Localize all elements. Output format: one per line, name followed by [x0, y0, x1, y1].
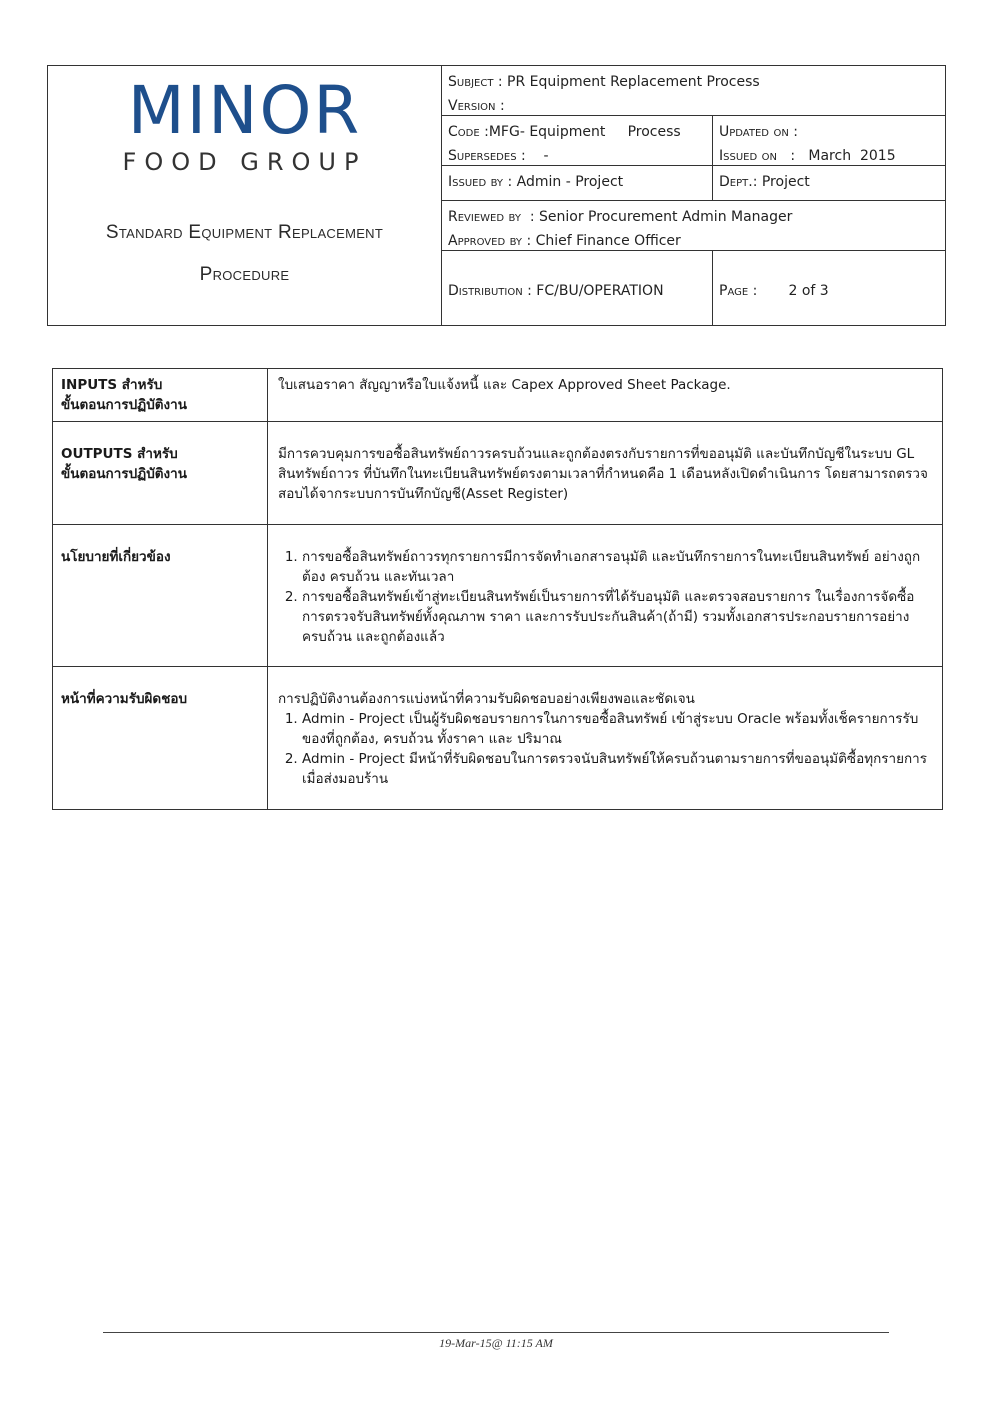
dept-value: Project — [762, 174, 810, 190]
subject-row: Subject : PR Equipment Replacement Proce… — [442, 66, 945, 116]
company-logo-sub: FOOD GROUP — [48, 148, 441, 176]
responsibility-item: Admin - Project เป็นผู้รับผิดชอบรายการใน… — [302, 709, 932, 749]
review-row: Reviewed by : Senior Procurement Admin M… — [442, 201, 945, 251]
document-header: MINOR FOOD GROUP Standard Equipment Repl… — [47, 65, 946, 326]
page-label: Page : — [719, 283, 757, 299]
policy-item: การขอซื้อสินทรัพย์เข้าสู่ทะเบียนสินทรัพย… — [302, 587, 932, 647]
responsibility-label: หน้าที่ความรับผิดชอบ — [53, 667, 268, 810]
procedure-table: INPUTS สำหรับ ขั้นตอนการปฏิบัติงาน ใบเสน… — [52, 368, 943, 810]
table-row-inputs: INPUTS สำหรับ ขั้นตอนการปฏิบัติงาน ใบเสน… — [53, 369, 943, 422]
inputs-content: ใบเสนอราคา สัญญาหรือใบแจ้งหนี้ และ Capex… — [268, 369, 943, 422]
code-label: Code : — [448, 124, 489, 140]
reviewed-by-value: : Senior Procurement Admin Manager — [530, 209, 793, 225]
distribution-label: Distribution : — [448, 283, 532, 299]
issued-by-label: Issued by : — [448, 174, 512, 190]
distribution-value: FC/BU/OPERATION — [536, 283, 663, 299]
policy-label: นโยบายที่เกี่ยวข้อง — [53, 525, 268, 667]
outputs-label: OUTPUTS สำหรับ ขั้นตอนการปฏิบัติงาน — [53, 422, 268, 525]
subject-value: PR Equipment Replacement Process — [507, 74, 760, 90]
responsibility-item: Admin - Project มีหน้าที่รับผิดชอบในการต… — [302, 749, 932, 789]
company-logo-main: MINOR — [48, 78, 441, 144]
supersedes-label: Supersedes : — [448, 148, 526, 164]
header-meta-panel: Subject : PR Equipment Replacement Proce… — [441, 66, 945, 325]
table-row-policy: นโยบายที่เกี่ยวข้อง การขอซื้อสินทรัพย์ถา… — [53, 525, 943, 667]
policy-item: การขอซื้อสินทรัพย์ถาวรทุกรายการมีการจัดท… — [302, 547, 932, 587]
approved-by-label: Approved by : — [448, 233, 531, 249]
distribution-row: Distribution : FC/BU/OPERATION Page : 2 … — [442, 251, 945, 325]
reviewed-by-label: Reviewed by — [448, 209, 521, 225]
document-title-line2: Procedure — [48, 254, 441, 296]
issued-on-value: : March 2015 — [790, 148, 895, 164]
dept-label: Dept.: — [719, 174, 757, 190]
code-value: MFG- Equipment Process — [489, 124, 681, 140]
page-number: 2 of 3 — [789, 283, 829, 299]
table-row-outputs: OUTPUTS สำหรับ ขั้นตอนการปฏิบัติงาน มีกา… — [53, 422, 943, 525]
policy-content: การขอซื้อสินทรัพย์ถาวรทุกรายการมีการจัดท… — [268, 525, 943, 667]
responsibility-content: การปฏิบัติงานต้องการแบ่งหน้าที่ความรับผิ… — [268, 667, 943, 810]
issued-on-label: Issued on — [719, 148, 777, 164]
version-label: Version : — [448, 98, 505, 114]
footer-timestamp: 19-Mar-15@ 11:15 AM — [0, 1336, 992, 1351]
footer-divider — [103, 1332, 889, 1333]
table-row-responsibility: หน้าที่ความรับผิดชอบ การปฏิบัติงานต้องกา… — [53, 667, 943, 810]
approved-by-value: Chief Finance Officer — [536, 233, 681, 249]
outputs-content: มีการควบคุมการขอซื้อสินทรัพย์ถาวรครบถ้วน… — [268, 422, 943, 525]
code-row: Code :MFG- Equipment Process Supersedes … — [442, 116, 945, 166]
subject-label: Subject : — [448, 74, 503, 90]
inputs-label: INPUTS สำหรับ ขั้นตอนการปฏิบัติงาน — [53, 369, 268, 422]
document-title: Standard Equipment Replacement Procedure — [48, 212, 441, 296]
document-title-line1: Standard Equipment Replacement — [48, 212, 441, 254]
issued-by-value: Admin - Project — [517, 174, 623, 190]
header-left-panel: MINOR FOOD GROUP Standard Equipment Repl… — [48, 66, 441, 325]
updated-on-label: Updated on : — [719, 124, 798, 140]
supersedes-value: - — [544, 148, 549, 164]
responsibility-intro: การปฏิบัติงานต้องการแบ่งหน้าที่ความรับผิ… — [278, 689, 932, 709]
issued-by-row: Issued by : Admin - Project Dept.: Proje… — [442, 166, 945, 201]
